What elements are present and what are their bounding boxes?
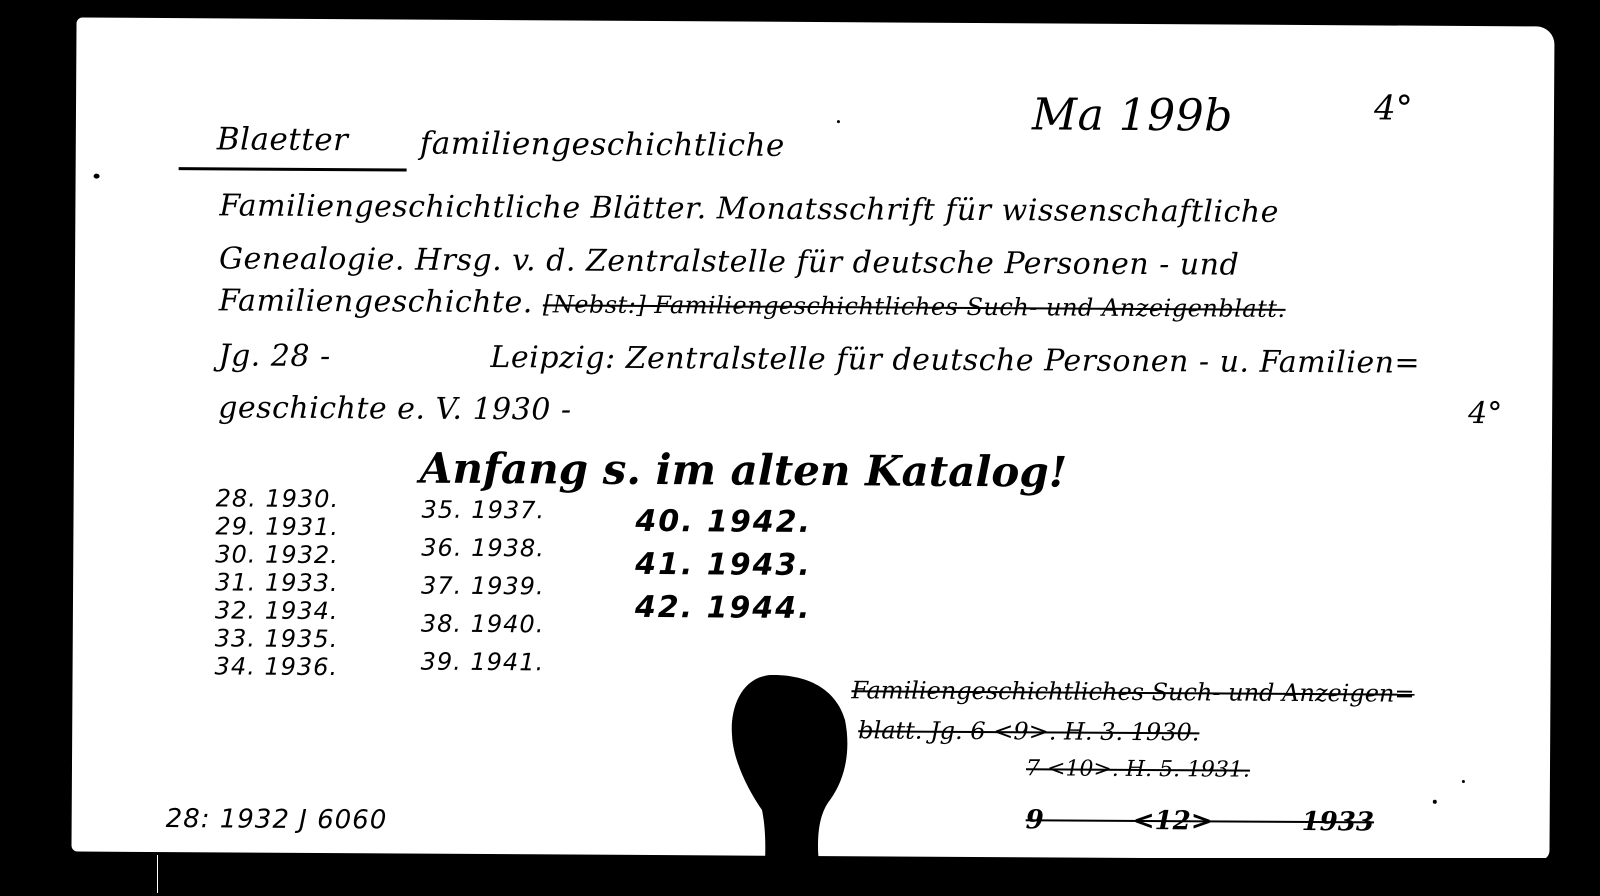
ink-speck xyxy=(1433,800,1437,804)
heading-underline xyxy=(179,167,407,171)
call-number: Ma 199b xyxy=(1032,93,1233,138)
description-line-2: Genealogie. Hrsg. v. d. Zentralstelle fü… xyxy=(219,244,1239,280)
holdings-entry: 31. 1933. xyxy=(215,570,339,595)
supplement-line-4: 9 <12> 1933 xyxy=(1026,807,1374,835)
scan-artifact-line xyxy=(157,855,158,893)
format-mark-top: 4° xyxy=(1374,91,1413,125)
ink-speck xyxy=(1462,780,1465,783)
description-struck-supplement: [Nebst:] Familiengeschichtliches Such- u… xyxy=(543,290,1286,323)
holdings-entry: 39. 1941. xyxy=(421,650,545,675)
format-mark: 4° xyxy=(1468,399,1502,429)
supplement-line-3: 7 <10>. H. 5. 1931. xyxy=(1026,758,1250,781)
description-line-3: Familiengeschichte. [Nebst:] Familienges… xyxy=(219,286,1286,323)
footer-note: 28: 1932 J 6060 xyxy=(166,806,388,833)
holdings-entry: 28. 1930. xyxy=(216,486,340,511)
description-line-1: Familiengeschichtliche Blätter. Monatssc… xyxy=(219,191,1279,227)
ink-speck xyxy=(837,120,840,123)
holdings-entry: 30. 1932. xyxy=(215,542,339,567)
holdings-entry: 32. 1934. xyxy=(215,598,339,623)
holdings-entry: 35. 1937. xyxy=(421,498,545,523)
description-volume: Jg. 28 - xyxy=(218,341,330,372)
catalog-note: Anfang s. im alten Katalog! xyxy=(420,448,1068,494)
holdings-entry: 37. 1939. xyxy=(421,574,545,599)
holdings-entry: 40. 1942. xyxy=(635,507,812,538)
holdings-entry: 38. 1940. xyxy=(421,612,545,637)
holdings-entry: 36. 1938. xyxy=(421,536,545,561)
heading-qualifier: familiengeschichtliche xyxy=(420,129,785,162)
supplement-line-1: Familiengeschichtliches Such- und Anzeig… xyxy=(851,678,1414,705)
supplement-line-2: blatt. Jg. 6 <9>. H. 3. 1930. xyxy=(858,718,1199,744)
description-imprint: Leipzig: Zentralstelle für deutsche Pers… xyxy=(490,343,1420,379)
holdings-entry: 42. 1944. xyxy=(635,593,812,624)
description-imprint-cont: geschichte e. V. 1930 - xyxy=(218,393,572,425)
holdings-entry: 41. 1943. xyxy=(635,550,812,581)
description-series-title: Familiengeschichte. xyxy=(219,283,533,320)
holdings-entry: 29. 1931. xyxy=(215,514,339,539)
scan-background-bottom xyxy=(0,858,1600,896)
ink-speck xyxy=(94,174,100,179)
holdings-entry: 33. 1935. xyxy=(215,626,339,651)
holdings-entry: 34. 1936. xyxy=(215,654,339,679)
heading-main-word: Blaetter xyxy=(217,124,349,156)
